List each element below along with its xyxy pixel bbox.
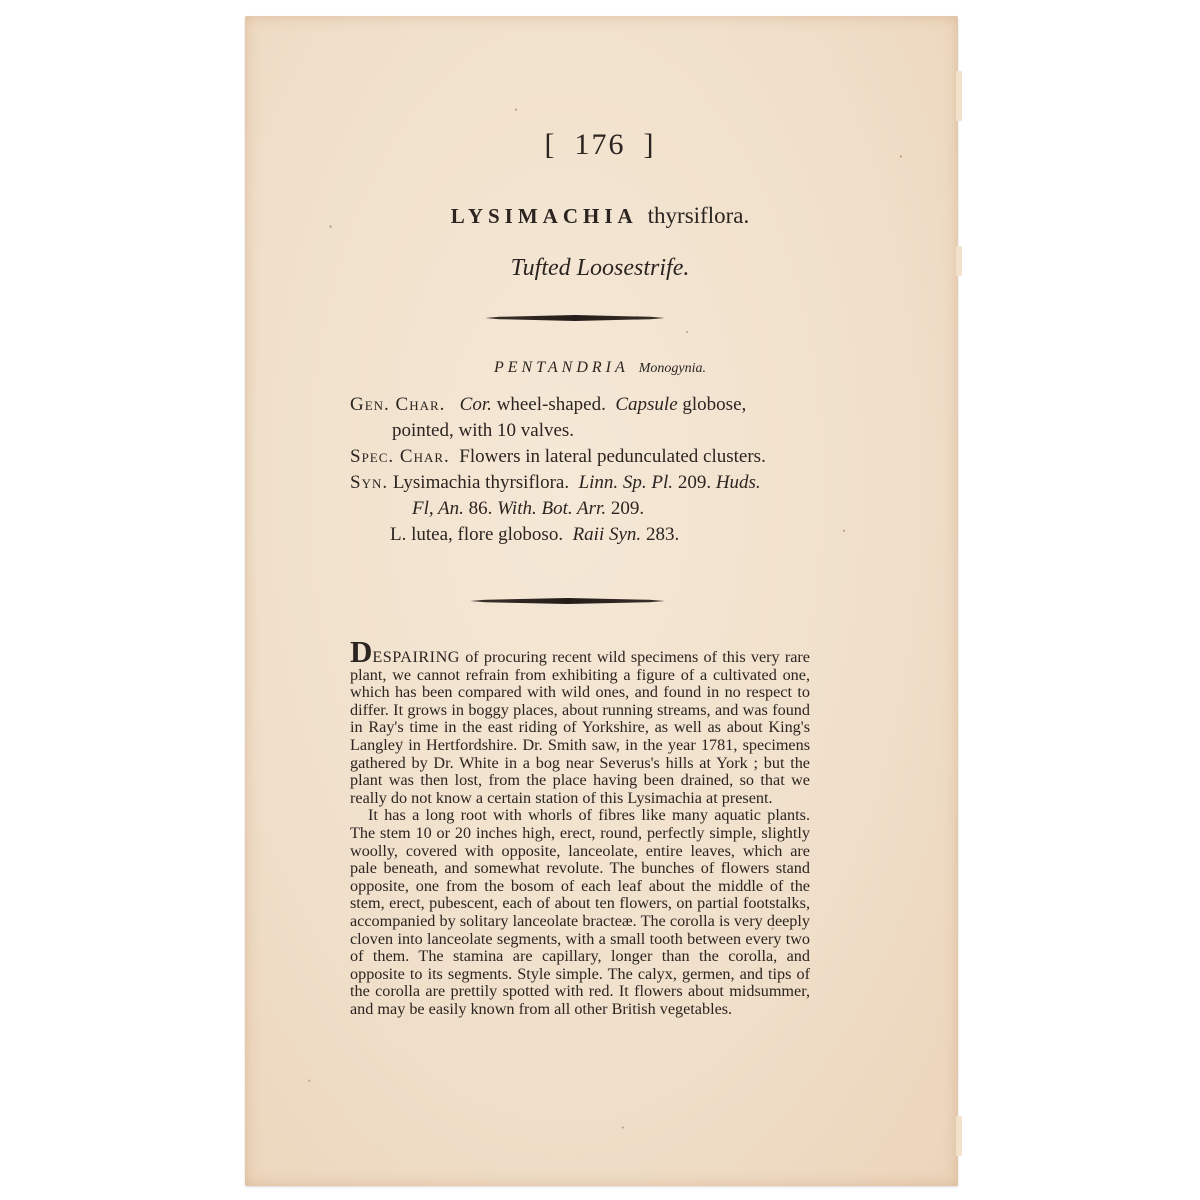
spec-char-text: Flowers in lateral pedunculated clusters…	[459, 446, 766, 467]
gen-char-capsule: Capsule	[615, 394, 677, 415]
syn-ref: Huds.	[716, 472, 761, 493]
synonymy-continuation: Fl, An. 86. With. Bot. Arr. 209.	[350, 496, 820, 522]
common-name: Tufted Loosestrife.	[0, 255, 1200, 282]
generic-character: Gen. Char. Cor. wheel-shaped. Capsule gl…	[350, 392, 820, 418]
syn-ref-num: 86.	[469, 498, 493, 519]
syn-alt-name: L. lutea, flore globoso.	[390, 524, 563, 545]
syn-ref: With. Bot. Arr.	[497, 498, 606, 519]
characters-block: Gen. Char. Cor. wheel-shaped. Capsule gl…	[350, 392, 820, 548]
syn-ref-num: 209.	[678, 472, 711, 493]
page-number-value: 176	[575, 128, 626, 161]
specific-character: Spec. Char. Flowers in lateral peduncula…	[350, 444, 820, 470]
syn-ref: Linn. Sp. Pl.	[579, 472, 673, 493]
gen-char-text2: globose,	[682, 394, 746, 415]
torn-edge	[956, 1116, 962, 1156]
linnaean-classification: PENTANDRIAMonogynia.	[0, 359, 1200, 377]
order-name: Monogynia.	[639, 361, 706, 376]
syn-ref-num: 209.	[611, 498, 644, 519]
paragraph-2: It has a long root with whorls of fibres…	[350, 807, 810, 1018]
spec-char-label: Spec. Char.	[350, 446, 450, 467]
syn-label: Syn.	[350, 472, 388, 493]
syn-name: Lysimachia thyrsiflora.	[393, 472, 569, 493]
paragraph-1: DESPAIRING of procuring recent wild spec…	[350, 642, 810, 807]
bracket-left: [	[545, 128, 557, 161]
gen-char-cor: Cor.	[460, 394, 492, 415]
description-text: DESPAIRING of procuring recent wild spec…	[350, 642, 810, 1018]
species-name: thyrsiflora.	[648, 203, 750, 228]
gen-char-label: Gen. Char.	[350, 394, 445, 415]
class-name: PENTANDRIA	[494, 359, 629, 376]
lead-caps: ESPAIRING	[372, 648, 460, 666]
syn-ref-num: 283.	[646, 524, 679, 545]
species-title: LYSIMACHIAthyrsiflora.	[0, 203, 1200, 230]
syn-ref: Fl, An.	[412, 498, 464, 519]
bracket-right: ]	[644, 128, 656, 161]
genus-name: LYSIMACHIA	[451, 204, 638, 228]
drop-cap: D	[350, 634, 372, 669]
gen-char-text: wheel-shaped.	[497, 394, 606, 415]
torn-edge	[956, 71, 962, 121]
synonymy-alt: L. lutea, flore globoso. Raii Syn. 283.	[350, 522, 820, 548]
page-number: [176]	[0, 128, 1200, 162]
gen-char-continuation: pointed, with 10 valves.	[350, 418, 820, 444]
syn-ref: Raii Syn.	[573, 524, 642, 545]
synonymy: Syn. Lysimachia thyrsiflora. Linn. Sp. P…	[350, 470, 820, 496]
paragraph-1-text: of procuring recent wild specimens of th…	[350, 648, 810, 807]
